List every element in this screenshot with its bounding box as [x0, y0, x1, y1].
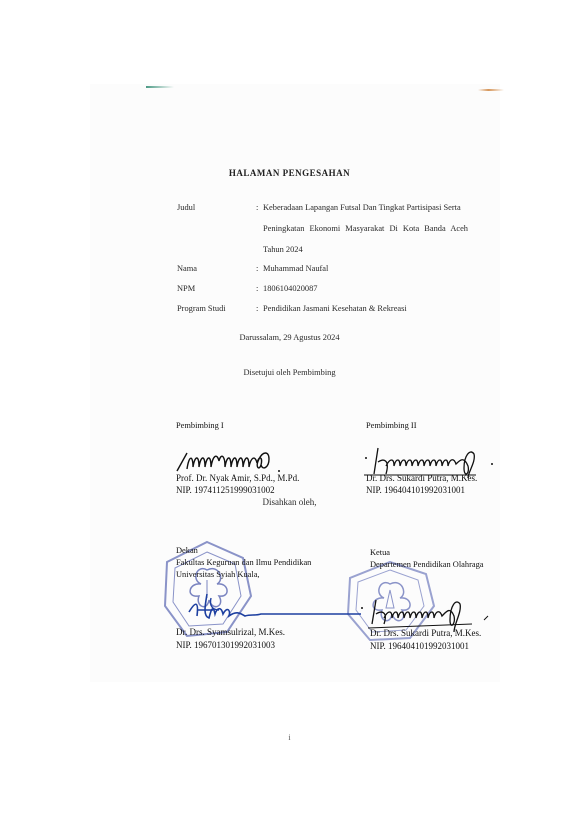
dean-signature: [185, 592, 365, 624]
field-separator: :: [256, 304, 258, 313]
page-number: i: [0, 733, 579, 742]
dean-role-line3: Universitas Syiah Kuala,: [176, 570, 260, 579]
dean-role-line1: Dekan: [176, 546, 198, 555]
supervisor-2-role: Pembimbing II: [366, 421, 416, 430]
approved-by-label: Disetujui oleh Pembimbing: [0, 368, 579, 377]
supervisor-1-name: Prof. Dr. Nyak Amir, S.Pd., M.Pd.: [176, 473, 299, 483]
faculty-stamp-icon: [161, 540, 253, 640]
field-separator: :: [256, 284, 258, 293]
field-separator: :: [256, 203, 258, 212]
dean-name: Dr. Drs. Syamsulrizal, M.Kes.: [176, 627, 285, 637]
ratified-by-label: Disahkan oleh,: [0, 497, 579, 507]
field-separator: :: [256, 264, 258, 273]
supervisor-1-nip: NIP. 197411251999031002: [176, 485, 275, 495]
supervisor-1-signature: [175, 447, 290, 475]
field-value-judul-line1: Keberadaan Lapangan Futsal Dan Tingkat P…: [263, 203, 461, 212]
field-value-judul-line3: Tahun 2024: [263, 245, 303, 254]
supervisor-2-name: Dr. Drs. Sukardi Putra, M.Kes.: [366, 473, 477, 483]
dean-nip: NIP. 196701301992031003: [176, 640, 275, 650]
field-label-npm: NPM: [177, 284, 195, 293]
head-name: Dr. Drs. Sukardi Putra, M.Kes.: [370, 628, 481, 638]
head-role-line1: Ketua: [370, 548, 390, 557]
head-role-line2: Departemen Pendidikan Olahraga: [370, 560, 483, 569]
decorative-line-left: [146, 86, 174, 88]
field-value-nama: Muhammad Naufal: [263, 264, 328, 273]
field-label-nama: Nama: [177, 264, 197, 273]
field-value-judul-line2: Peningkatan Ekonomi Masyarakat Di Kota B…: [263, 224, 468, 233]
dean-role-line2: Fakultas Keguruan dan Ilmu Pendidikan: [176, 558, 311, 567]
field-value-npm: 1806104020087: [263, 284, 317, 293]
supervisor-1-role: Pembimbing I: [176, 421, 224, 430]
field-label-program-studi: Program Studi: [177, 304, 226, 313]
place-date: Darussalam, 29 Agustus 2024: [0, 333, 579, 342]
head-nip: NIP. 196404101992031001: [370, 641, 469, 651]
field-label-judul: Judul: [177, 203, 195, 212]
field-value-program-studi: Pendidikan Jasmani Kesehatan & Rekreasi: [263, 304, 407, 313]
page-title: HALAMAN PENGESAHAN: [0, 168, 579, 178]
supervisor-2-nip: NIP. 196404101992031001: [366, 485, 465, 495]
decorative-line-right: [478, 89, 504, 91]
